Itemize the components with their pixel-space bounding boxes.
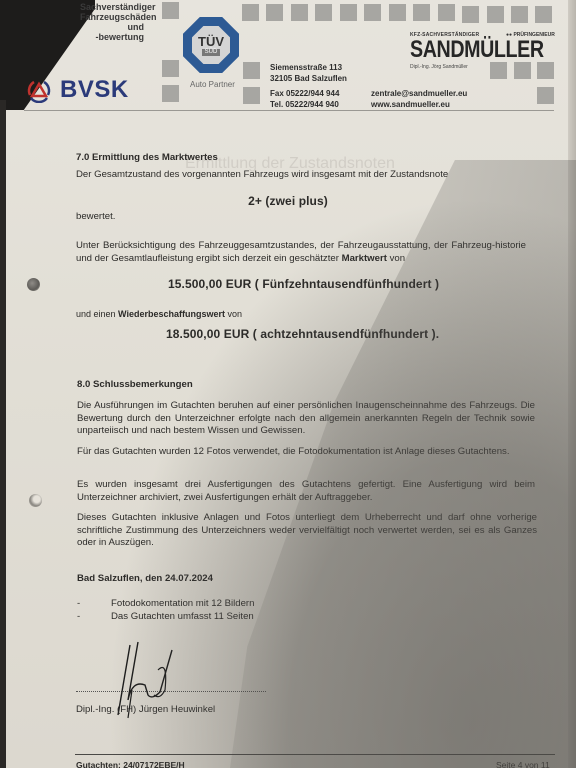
email-link[interactable]: zentrale@sandmueller.eu bbox=[371, 89, 467, 98]
market-value-label: Marktwert bbox=[342, 253, 387, 264]
tuv-logo-text: TÜV bbox=[198, 35, 224, 48]
decor-square bbox=[242, 4, 259, 21]
section-7-heading: 7.0 Ermittlung des Marktwertes bbox=[76, 152, 218, 165]
market-value: 15.500,00 EUR ( Fünfzehntausendfünfhunde… bbox=[168, 278, 439, 291]
footer-reference: Gutachten: 24/07172EBE/H bbox=[76, 759, 185, 768]
tagline-line: Fahrzeugschäden und bbox=[80, 12, 144, 32]
attachment-item-text: Das Gutachten umfasst 11 Seiten bbox=[111, 611, 254, 624]
replacement-value-line: und einen Wiederbeschaffungswert von bbox=[76, 308, 242, 321]
condition-grade: 2+ (zwei plus) bbox=[0, 195, 576, 208]
tuv-caption: Auto Partner bbox=[190, 80, 235, 89]
signatory-name: Dipl.-Ing. (FH) Jürgen Heuwinkel bbox=[76, 704, 215, 717]
bvsk-logo: BVSK bbox=[26, 76, 129, 104]
bvsk-emblem-icon bbox=[26, 77, 52, 103]
attachment-item: - bbox=[77, 598, 80, 611]
header-divider bbox=[24, 110, 554, 111]
closing-paragraph-1: Die Ausführungen im Gutachten beruhen au… bbox=[77, 400, 535, 438]
footer-page-number: Seite 4 von 11 bbox=[496, 759, 550, 768]
decor-square bbox=[364, 4, 381, 21]
tagline-line: -bewertung bbox=[80, 32, 144, 42]
document-page: Sachverständiger Fahrzeugschäden und -be… bbox=[0, 0, 576, 768]
decor-square bbox=[514, 62, 531, 79]
decor-square bbox=[266, 4, 283, 21]
website-link[interactable]: www.sandmueller.eu bbox=[371, 100, 450, 109]
decor-square bbox=[162, 2, 179, 19]
decor-square bbox=[487, 6, 504, 23]
decor-square bbox=[511, 6, 528, 23]
phone-number: Tel. 05222/944 940 bbox=[270, 100, 339, 109]
attachment-item-text: Fotodokomentation mit 12 Bildern bbox=[111, 598, 254, 611]
decor-square bbox=[291, 4, 308, 21]
replacement-prefix: und einen bbox=[76, 309, 118, 319]
attachment-item: - bbox=[77, 611, 80, 624]
decor-square bbox=[537, 62, 554, 79]
closing-paragraph-2: Für das Gutachten wurden 12 Fotos verwen… bbox=[77, 446, 535, 459]
replacement-value: 18.500,00 EUR ( achtzehntausendfünfhunde… bbox=[166, 328, 439, 341]
footer-divider bbox=[75, 754, 555, 755]
decor-square bbox=[162, 85, 179, 102]
bullet: - bbox=[77, 611, 80, 622]
bvsk-logo-text: BVSK bbox=[60, 76, 129, 104]
fax-number: Fax 05222/944 944 bbox=[270, 89, 339, 98]
section-7-intro: Der Gesamtzustand des vorgenannten Fahrz… bbox=[76, 169, 448, 182]
rated-text: bewertet. bbox=[76, 211, 115, 224]
tuv-sud-logo: TÜV SÜD bbox=[183, 17, 239, 73]
decor-square bbox=[535, 6, 552, 23]
closing-paragraph-4: Dieses Gutachten inklusive Anlagen und F… bbox=[77, 512, 537, 550]
replacement-suffix: von bbox=[225, 309, 242, 319]
company-owner: Dipl.-Ing. Jörg Sandmüller bbox=[410, 64, 468, 70]
decor-square bbox=[413, 4, 430, 21]
bullet: - bbox=[77, 598, 80, 609]
section-8-heading: 8.0 Schlussbemerkungen bbox=[77, 379, 193, 392]
replacement-value-label: Wiederbeschaffungswert bbox=[118, 309, 225, 319]
closing-paragraph-3: Es wurden insgesamt drei Ausfertigungen … bbox=[77, 479, 535, 504]
market-value-paragraph: Unter Berücksichtigung des Fahrzeuggesam… bbox=[76, 240, 526, 265]
address-city: 32105 Bad Salzuflen bbox=[270, 74, 347, 83]
decor-square bbox=[490, 62, 507, 79]
tagline-line: Sachverständiger bbox=[80, 2, 144, 12]
market-value-para-after: von bbox=[387, 253, 405, 264]
address-street: Siemensstraße 113 bbox=[270, 63, 342, 72]
company-name: SANDMÜLLER bbox=[410, 36, 544, 64]
place-date: Bad Salzuflen, den 24.07.2024 bbox=[77, 573, 213, 586]
decor-square bbox=[315, 4, 332, 21]
page-right-edge bbox=[568, 0, 576, 768]
punch-hole bbox=[29, 494, 42, 507]
decor-square bbox=[389, 4, 406, 21]
header-tagline: Sachverständiger Fahrzeugschäden und -be… bbox=[80, 2, 144, 42]
decor-square bbox=[340, 4, 357, 21]
decor-square bbox=[537, 87, 554, 104]
decor-square bbox=[462, 6, 479, 23]
decor-square bbox=[162, 60, 179, 77]
tuv-logo-sub: SÜD bbox=[202, 49, 221, 56]
market-value-para-text: Unter Berücksichtigung des Fahrzeuggesam… bbox=[76, 240, 526, 264]
decor-square bbox=[438, 4, 455, 21]
punch-hole bbox=[27, 278, 40, 291]
decor-square bbox=[243, 87, 260, 104]
decor-square bbox=[243, 62, 260, 79]
